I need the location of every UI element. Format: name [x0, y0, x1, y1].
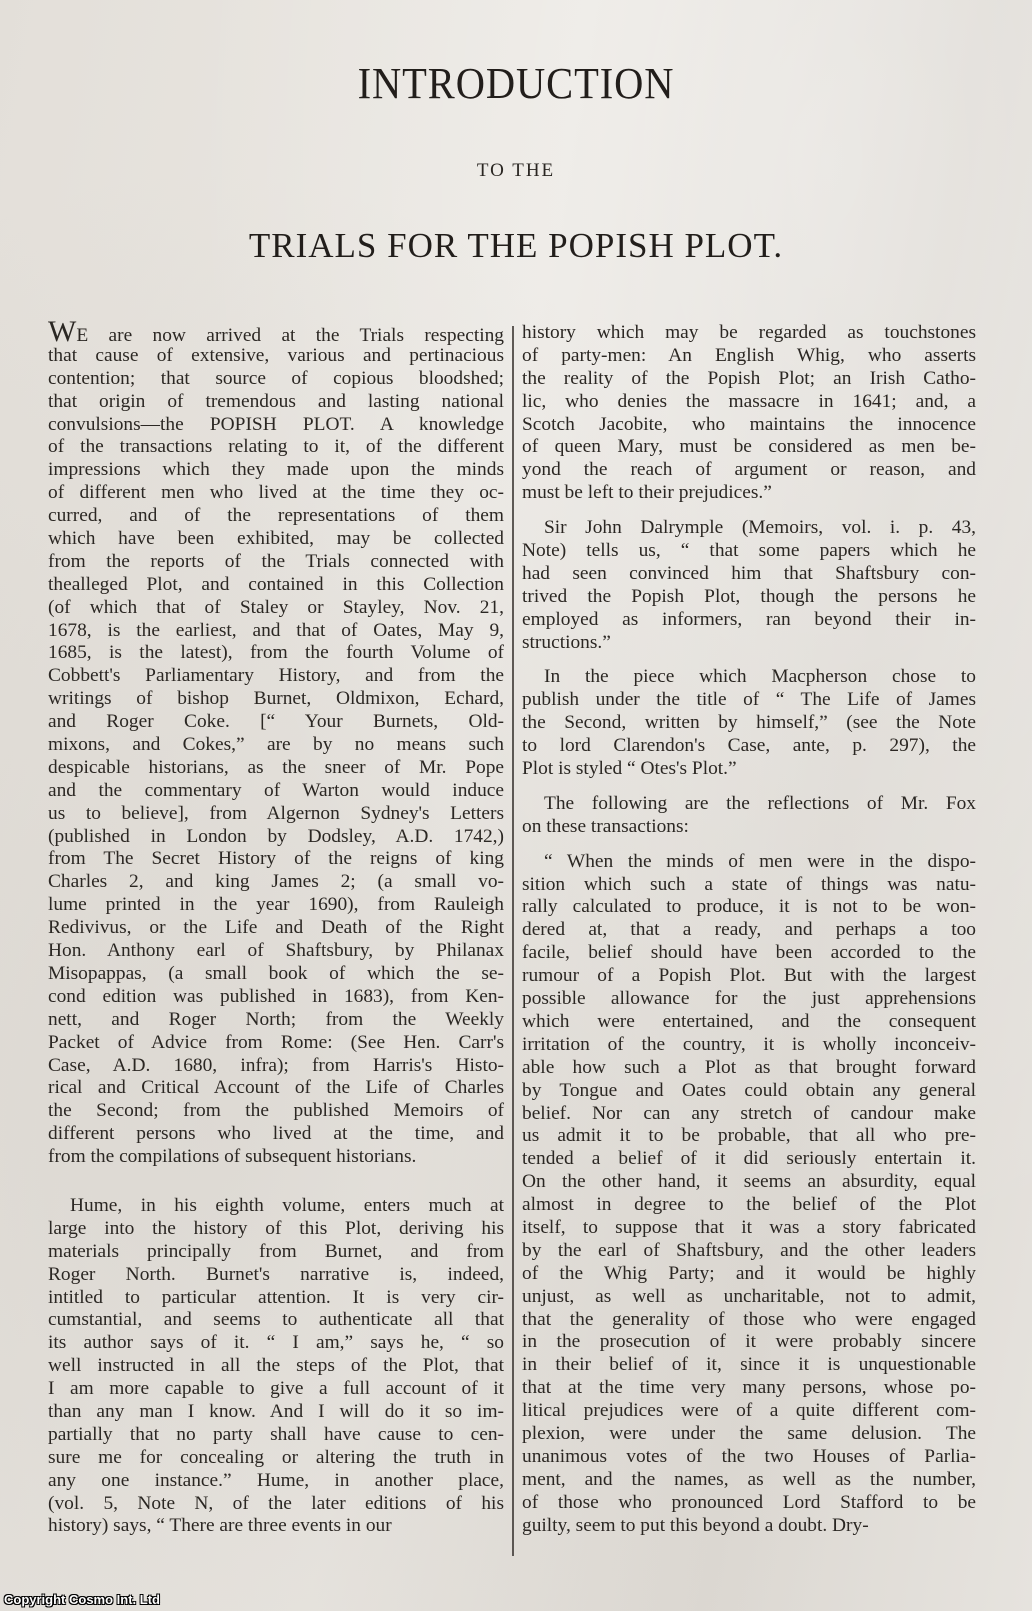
text-line: dered at, that a ready, and perhaps a to… [522, 919, 976, 942]
text-line: 1678, is the earliest, and that of Oates… [48, 620, 504, 643]
text-line: Redivivus, or the Life and Death of the … [48, 917, 504, 940]
text-line: convulsions—the POPISH PLOT. A knowledge [48, 414, 504, 437]
text-line: Case, A.D. 1680, infra); from Harris's H… [48, 1055, 504, 1078]
text-line: structions.” [522, 632, 976, 655]
text-line: nett, and Roger North; from the Weekly [48, 1009, 504, 1032]
text-line: of different men who lived at the time t… [48, 482, 504, 505]
text-line: irritation of the country, it is wholly … [522, 1034, 976, 1057]
text-line: different persons who lived at the time,… [48, 1123, 504, 1146]
text-line: from the compilations of subsequent hist… [48, 1146, 504, 1169]
paragraph-gap [48, 1169, 504, 1195]
text-line: able how such a Plot as that brought for… [522, 1057, 976, 1080]
text-line: belief. Nor can any stretch of candour m… [522, 1103, 976, 1126]
text-line: Misopappas, (a small book of which the s… [48, 963, 504, 986]
text-line: Cobbett's Parliamentary History, and fro… [48, 665, 504, 688]
paragraph-gap [522, 839, 976, 851]
text-line: of those who pronounced Lord Stafford to… [522, 1492, 976, 1515]
text-line: by the earl of Shaftsbury, and the other… [522, 1240, 976, 1263]
paragraph-gap [522, 654, 976, 666]
paragraph: In the piece which Macpherson chose topu… [522, 666, 976, 780]
text-line: Sir John Dalrymple (Memoirs, vol. i. p. … [522, 517, 976, 540]
text-line: that at the time very many persons, whos… [522, 1377, 976, 1400]
text-line: that cause of extensive, various and per… [48, 345, 504, 368]
text-line: contention; that source of copious blood… [48, 368, 504, 391]
text-line: facile, belief should have been accorded… [522, 942, 976, 965]
text-line: trived the Popish Plot, though the perso… [522, 586, 976, 609]
text-line: plexion, were under the same delusion. T… [522, 1423, 976, 1446]
text-line: of the transactions relating to it, of t… [48, 436, 504, 459]
text-line: despicable historians, as the sneer of M… [48, 757, 504, 780]
column-divider [512, 326, 514, 1556]
text-line: guilty, seem to put this beyond a doubt.… [522, 1515, 976, 1538]
text-line: ment, and the names, as well as the numb… [522, 1469, 976, 1492]
text-line: of the Whig Party; and it would be highl… [522, 1263, 976, 1286]
text-line: sition which such a state of things was … [522, 874, 976, 897]
left-text-column: WE are now arrived at the Trials respect… [48, 322, 504, 1538]
text-line: its author says of it. “ I am,” says he,… [48, 1332, 504, 1355]
text-line: lume printed in the year 1690), from Rau… [48, 894, 504, 917]
text-line: publish under the title of “ The Life of… [522, 689, 976, 712]
text-line: Packet of Advice from Rome: (See Hen. Ca… [48, 1032, 504, 1055]
text-line: impressions which they made upon the min… [48, 459, 504, 482]
text-line: which were entertained, and the conseque… [522, 1011, 976, 1034]
paragraph: The following are the reflections of Mr.… [522, 793, 976, 839]
text-line: Roger North. Burnet's narrative is, inde… [48, 1264, 504, 1287]
text-line: history which may be regarded as touchst… [522, 322, 976, 345]
text-line: to lord Clarendon's Case, ante, p. 297),… [522, 735, 976, 758]
text-line: well instructed in all the steps of the … [48, 1355, 504, 1378]
text-line: On the other hand, it seems an absurdity… [522, 1171, 976, 1194]
text-line: the Second; from the published Memoirs o… [48, 1100, 504, 1123]
text-line: intitled to particular attention. It is … [48, 1287, 504, 1310]
text-line: lic, who denies the massacre in 1641; an… [522, 391, 976, 414]
copyright-watermark: Copyright Cosmo Int. Ltd [4, 1592, 160, 1607]
text-line-rest: E are now arrived at the Trials respecti… [76, 325, 504, 346]
text-line: on these transactions: [522, 816, 976, 839]
text-line: tended a belief of it did seriously ente… [522, 1148, 976, 1171]
book-page: INTRODUCTION TO THE TRIALS FOR THE POPIS… [0, 0, 1032, 1611]
page-title: INTRODUCTION [41, 58, 990, 109]
text-line: us to believe], from Algernon Sydney's L… [48, 803, 504, 826]
text-line: rumour of a Popish Plot. But with the la… [522, 965, 976, 988]
text-line: had seen convinced him that Shaftsbury c… [522, 563, 976, 586]
text-line: rally calculated to produce, it is not t… [522, 896, 976, 919]
paragraph: history which may be regarded as touchst… [522, 322, 976, 505]
text-line: writings of bishop Burnet, Oldmixon, Ech… [48, 688, 504, 711]
text-line: cumstantial, and seems to authenticate a… [48, 1309, 504, 1332]
text-line: Note) tells us, “ that some papers which… [522, 540, 976, 563]
text-line: 1685, is the latest), from the fourth Vo… [48, 642, 504, 665]
text-line: I am more capable to give a full account… [48, 1378, 504, 1401]
paragraph: Sir John Dalrymple (Memoirs, vol. i. p. … [522, 517, 976, 654]
text-line: materials principally from Burnet, and f… [48, 1241, 504, 1264]
text-line: us admit it to be probable, that all who… [522, 1125, 976, 1148]
text-line: employed as informers, ran beyond their … [522, 609, 976, 632]
text-line: any one instance.” Hume, in another plac… [48, 1470, 504, 1493]
right-text-column: history which may be regarded as touchst… [522, 322, 976, 1537]
drop-cap: W [48, 315, 76, 348]
paragraph-gap [522, 505, 976, 517]
text-line: itself, to suppose that it was a story f… [522, 1217, 976, 1240]
paragraph: “ When the minds of men were in the disp… [522, 851, 976, 1538]
text-line: of party-men: An English Whig, who asser… [522, 345, 976, 368]
paragraph-gap [522, 781, 976, 793]
text-line: that origin of tremendous and lasting na… [48, 391, 504, 414]
text-line: history) says, “ There are three events … [48, 1515, 504, 1538]
text-line: (vol. 5, Note N, of the later editions o… [48, 1493, 504, 1516]
text-line: than any man I know. And I will do it so… [48, 1401, 504, 1424]
paragraph: WE are now arrived at the Trials respect… [48, 322, 504, 1169]
text-line: almost in degree to the belief of the Pl… [522, 1194, 976, 1217]
text-line: large into the history of this Plot, der… [48, 1218, 504, 1241]
text-line: Scotch Jacobite, who maintains the innoc… [522, 414, 976, 437]
text-line: in their belief of it, since it is unque… [522, 1354, 976, 1377]
text-line: the reality of the Popish Plot; an Irish… [522, 368, 976, 391]
title-connector: TO THE [0, 160, 1032, 182]
text-line: Hume, in his eighth volume, enters much … [48, 1195, 504, 1218]
text-line: must be left to their prejudices.” [522, 482, 976, 505]
page-subtitle: TRIALS FOR THE POPISH PLOT. [0, 226, 1032, 266]
text-line: The following are the reflections of Mr.… [522, 793, 976, 816]
text-line: from the reports of the Trials connected… [48, 551, 504, 574]
text-line: curred, and of the representations of th… [48, 505, 504, 528]
text-line: Plot is styled “ Otes's Plot.” [522, 758, 976, 781]
text-line: rical and Critical Account of the Life o… [48, 1077, 504, 1100]
text-line: (of which that of Staley or Stayley, Nov… [48, 597, 504, 620]
text-line: and Roger Coke. [“ Your Burnets, Old- [48, 711, 504, 734]
paragraph: Hume, in his eighth volume, enters much … [48, 1195, 504, 1538]
text-line: the Second, written by himself,” (see th… [522, 712, 976, 735]
text-line: of queen Mary, must be considered as men… [522, 436, 976, 459]
text-line: cond edition was published in 1683), fro… [48, 986, 504, 1009]
text-line: “ When the minds of men were in the disp… [522, 851, 976, 874]
text-line: in the prosecution of it were probably s… [522, 1331, 976, 1354]
text-line: WE are now arrived at the Trials respect… [48, 322, 504, 345]
text-line: by Tongue and Oates could obtain any gen… [522, 1080, 976, 1103]
text-line: litical prejudices were of a quite diffe… [522, 1400, 976, 1423]
text-line: thealleged Plot, and contained in this C… [48, 574, 504, 597]
text-line: from The Secret History of the reigns of… [48, 848, 504, 871]
text-line: partially that no party shall have cause… [48, 1424, 504, 1447]
text-line: mixons, and Cokes,” are by no means such [48, 734, 504, 757]
text-line: that the generality of those who were en… [522, 1309, 976, 1332]
text-line: and the commentary of Warton would induc… [48, 780, 504, 803]
text-line: In the piece which Macpherson chose to [522, 666, 976, 689]
text-line: unjust, as well as uncharitable, not to … [522, 1286, 976, 1309]
text-line: Charles 2, and king James 2; (a small vo… [48, 871, 504, 894]
text-line: (published in London by Dodsley, A.D. 17… [48, 826, 504, 849]
text-line: sure me for concealing or altering the t… [48, 1447, 504, 1470]
text-line: which have been exhibited, may be collec… [48, 528, 504, 551]
text-line: unanimous votes of the two Houses of Par… [522, 1446, 976, 1469]
text-line: yond the reach of argument or reason, an… [522, 459, 976, 482]
text-line: possible allowance for the just apprehen… [522, 988, 976, 1011]
text-line: Hon. Anthony earl of Shaftsbury, by Phil… [48, 940, 504, 963]
